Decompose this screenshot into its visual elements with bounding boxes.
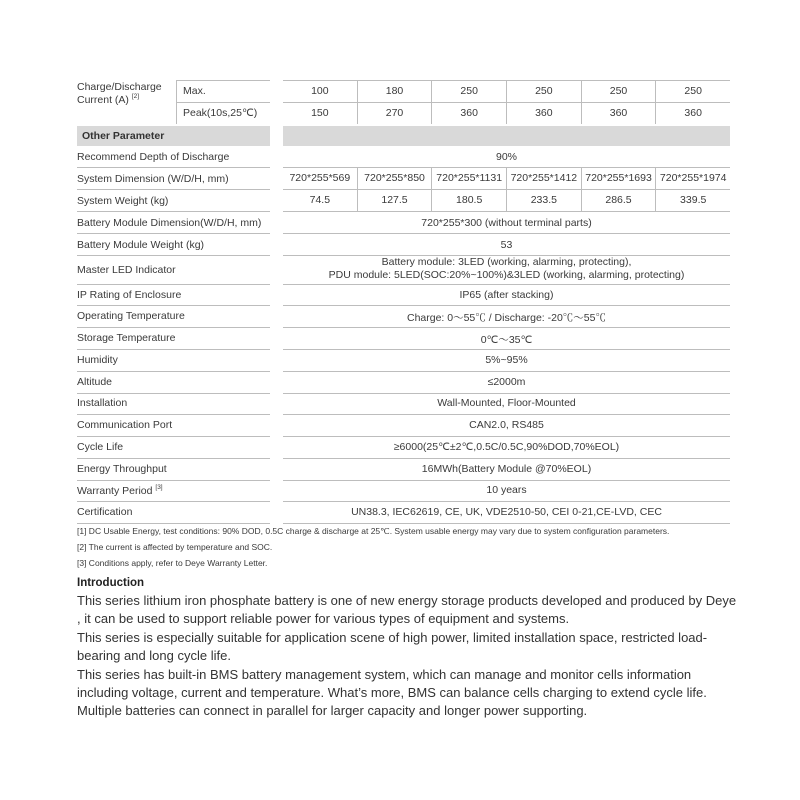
intro-paragraph: This series is especially suitable for a…: [77, 629, 737, 666]
row-value: IP65 (after stacking): [283, 289, 730, 301]
row-label: System Weight (kg): [77, 195, 168, 207]
row-module-dimension: Battery Module Dimension(W/D/H, mm) 720*…: [77, 212, 730, 233]
weight-value: 74.5: [283, 190, 357, 211]
row-label: Installation: [77, 397, 127, 409]
current-label-2: Current (A) [2]: [77, 93, 139, 106]
max-value: 180: [357, 80, 432, 102]
peak-values: 150 270 360 360 360 360: [283, 103, 730, 124]
row-label: Humidity: [77, 354, 118, 366]
weight-value: 286.5: [581, 190, 656, 211]
row-module-weight: Battery Module Weight (kg) 53: [77, 234, 730, 255]
row-dod: Recommend Depth of Discharge 90%: [77, 146, 730, 168]
footnote-ref: [2]: [132, 93, 139, 100]
footnote-3: [3] Conditions apply, refer to Deye Warr…: [77, 558, 267, 568]
row-value: Charge: 0～55℃ / Discharge: -20℃～55℃: [283, 310, 730, 325]
intro-paragraph: This series lithium iron phosphate batte…: [77, 592, 737, 629]
row-cycle-life: Cycle Life ≥6000(25℃±2℃,0.5C/0.5C,90%DOD…: [77, 437, 730, 458]
peak-value: 360: [431, 103, 506, 124]
row-value: ≥6000(25℃±2℃,0.5C/0.5C,90%DOD,70%EOL): [283, 441, 730, 453]
row-value: 5%~95%: [283, 354, 730, 366]
divider: [176, 80, 270, 81]
row-value: ≤2000m: [283, 376, 730, 388]
weight-value: 339.5: [655, 190, 730, 211]
footnote-1: [1] DC Usable Energy, test conditions: 9…: [77, 526, 669, 537]
footnote-2: [2] The current is affected by temperatu…: [77, 542, 272, 552]
row-label: Operating Temperature: [77, 310, 185, 322]
max-values: 100 180 250 250 250 250: [283, 80, 730, 102]
row-value: CAN2.0, RS485: [283, 419, 730, 431]
weight-values: 74.5 127.5 180.5 233.5 286.5 339.5: [283, 190, 730, 211]
dimension-value: 720*255*850: [357, 168, 432, 189]
row-op-temp: Operating Temperature Charge: 0～55℃ / Di…: [77, 306, 730, 327]
row-label: Warranty Period [3]: [77, 484, 163, 497]
row-label: System Dimension (W/D/H, mm): [77, 173, 229, 185]
intro-paragraph: Multiple batteries can connect in parall…: [77, 702, 737, 720]
current-label: Charge/Discharge: [77, 81, 162, 93]
section-band-right: [283, 126, 730, 146]
footnote-ref: [3]: [155, 484, 162, 491]
row-value: 720*255*300 (without terminal parts): [283, 217, 730, 229]
dimension-value: 720*255*1131: [431, 168, 506, 189]
row-ip: IP Rating of Enclosure IP65 (after stack…: [77, 285, 730, 306]
divider: [176, 102, 270, 103]
divider: [77, 523, 270, 524]
row-label: Battery Module Weight (kg): [77, 239, 204, 251]
row-label: Communication Port: [77, 419, 172, 431]
peak-value: 270: [357, 103, 432, 124]
row-value: 16MWh(Battery Module @70%EOL): [283, 463, 730, 475]
max-value: 100: [283, 80, 357, 102]
row-label: Recommend Depth of Discharge: [77, 151, 229, 163]
dimension-value: 720*255*1693: [581, 168, 656, 189]
intro-paragraph: This series has built-in BMS battery man…: [77, 666, 737, 703]
row-value-line1: Battery module: 3LED (working, alarming,…: [283, 256, 730, 268]
row-comm: Communication Port CAN2.0, RS485: [77, 415, 730, 436]
max-value: 250: [581, 80, 656, 102]
row-storage-temp: Storage Temperature 0℃～35℃: [77, 328, 730, 349]
row-label: Energy Throughput: [77, 463, 167, 475]
row-system-dimension: System Dimension (W/D/H, mm) 720*255*569…: [77, 168, 730, 189]
peak-value: 360: [506, 103, 581, 124]
row-label: Storage Temperature: [77, 332, 175, 344]
current-label-text: Current (A): [77, 94, 129, 106]
row-label: Battery Module Dimension(W/D/H, mm): [77, 217, 261, 229]
row-value: 90%: [283, 151, 730, 163]
dimension-value: 720*255*1412: [506, 168, 581, 189]
row-label: IP Rating of Enclosure: [77, 289, 181, 301]
weight-value: 233.5: [506, 190, 581, 211]
peak-value: 360: [655, 103, 730, 124]
dimension-value: 720*255*1974: [655, 168, 730, 189]
row-value: UN38.3, IEC62619, CE, UK, VDE2510-50, CE…: [283, 506, 730, 518]
row-label: Master LED Indicator: [77, 264, 176, 276]
peak-label: Peak(10s,25℃): [183, 107, 257, 119]
row-altitude: Altitude ≤2000m: [77, 372, 730, 393]
row-installation: Installation Wall-Mounted, Floor-Mounted: [77, 393, 730, 414]
weight-value: 180.5: [431, 190, 506, 211]
divider: [283, 523, 730, 524]
row-label: Altitude: [77, 376, 112, 388]
section-header: Other Parameter: [77, 126, 730, 146]
row-value-line2: PDU module: 5LED(SOC:20%~100%)&3LED (wor…: [283, 269, 730, 281]
peak-value: 360: [581, 103, 656, 124]
row-label: Certification: [77, 506, 132, 518]
peak-value: 150: [283, 103, 357, 124]
spec-sheet-page: Charge/Discharge Current (A) [2] Max. Pe…: [0, 0, 800, 800]
max-value: 250: [506, 80, 581, 102]
row-label: Cycle Life: [77, 441, 123, 453]
row-led: Master LED Indicator Battery module: 3LE…: [77, 256, 730, 284]
row-system-weight: System Weight (kg) 74.5 127.5 180.5 233.…: [77, 190, 730, 211]
max-value: 250: [431, 80, 506, 102]
row-value: Wall-Mounted, Floor-Mounted: [283, 397, 730, 409]
intro-body: This series lithium iron phosphate batte…: [77, 592, 737, 721]
row-throughput: Energy Throughput 16MWh(Battery Module @…: [77, 459, 730, 480]
weight-value: 127.5: [357, 190, 432, 211]
dimension-value: 720*255*569: [283, 168, 357, 189]
row-certification: Certification UN38.3, IEC62619, CE, UK, …: [77, 502, 730, 523]
row-value: 53: [283, 239, 730, 251]
row-label-text: Warranty Period: [77, 485, 152, 497]
max-label: Max.: [183, 85, 206, 97]
row-value: 0℃～35℃: [283, 332, 730, 347]
row-value: 10 years: [283, 484, 730, 496]
current-row: Charge/Discharge Current (A) [2] Max. Pe…: [77, 80, 730, 124]
section-title: Other Parameter: [82, 130, 164, 142]
max-value: 250: [655, 80, 730, 102]
dimension-values: 720*255*569 720*255*850 720*255*1131 720…: [283, 168, 730, 189]
intro-title: Introduction: [77, 577, 144, 589]
row-warranty: Warranty Period [3] 10 years: [77, 480, 730, 501]
row-humidity: Humidity 5%~95%: [77, 350, 730, 371]
